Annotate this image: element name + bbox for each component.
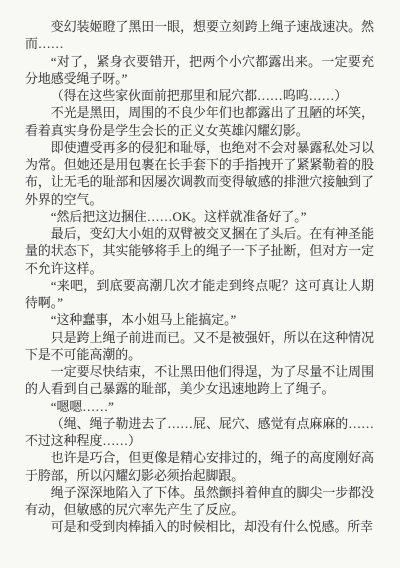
paragraph-8: “来吧，到底要高潮几次才能走到终点呢？这可真让人期待啊。” [25,278,374,313]
paragraph-2: “对了，紧身衣要错开，把两个小穴都露出来。一定要充分地感受绳子呀。” [25,54,374,89]
paragraph-5: 即使遭受再多的侵犯和耻辱，也绝对不会对暴露私处习以为常。但她还是用包裹在长手套下… [25,140,374,209]
paragraph-16: 可是和受到肉棒插入的时候相比，却没有什么悦感。所幸 [25,519,374,536]
paragraph-10: 只是跨上绳子前进而已。又不是被强奸，所以在这种情况下是不可能高潮的。 [25,330,374,365]
paragraph-13: （绳、绳子勒进去了……屁、屁穴、感觉有点麻麻的……不过这种程度……） [25,416,374,451]
paragraph-1: 变幻装姬瞪了黑田一眼，想要立刻跨上绳子速战速决。然而…… [25,19,374,54]
paragraph-3: （得在这些家伙面前把那里和屁穴都……呜呜……） [25,88,374,105]
novel-page: 变幻装姬瞪了黑田一眼，想要立刻跨上绳子速战速决。然而……“对了，紧身衣要错开，把… [0,0,400,568]
paragraph-9: “这种蠢事，本小姐马上能搞定。” [25,312,374,329]
paragraph-11: 一定要尽快结束，不让黑田他们得逞，为了尽量不让周围的人看到自己暴露的耻部，美少女… [25,364,374,399]
paragraph-15: 绳子深深地陷入了下体。虽然颤抖着伸直的脚尖一步都没有动，但敏感的尻穴率先产生了反… [25,485,374,520]
paragraph-12: “嗯嗯……” [25,399,374,416]
paragraph-6: “然后把这边捆住……OK。这样就准备好了。” [25,209,374,226]
paragraph-14: 也许是巧合，但更像是精心安排过的，绳子的高度刚好高于胯部，所以闪耀幻影必须抬起脚… [25,450,374,485]
paragraph-4: 不光是黑田，周围的不良少年们也都露出了丑陋的坏笑，看着真实身份是学生会长的正义女… [25,105,374,140]
paragraph-7: 最后，变幻大小姐的双臂被交叉捆在了头后。在有神圣能量的状态下，其实能够将手上的绳… [25,226,374,278]
text-body: 变幻装姬瞪了黑田一眼，想要立刻跨上绳子速战速决。然而……“对了，紧身衣要错开，把… [25,19,374,537]
